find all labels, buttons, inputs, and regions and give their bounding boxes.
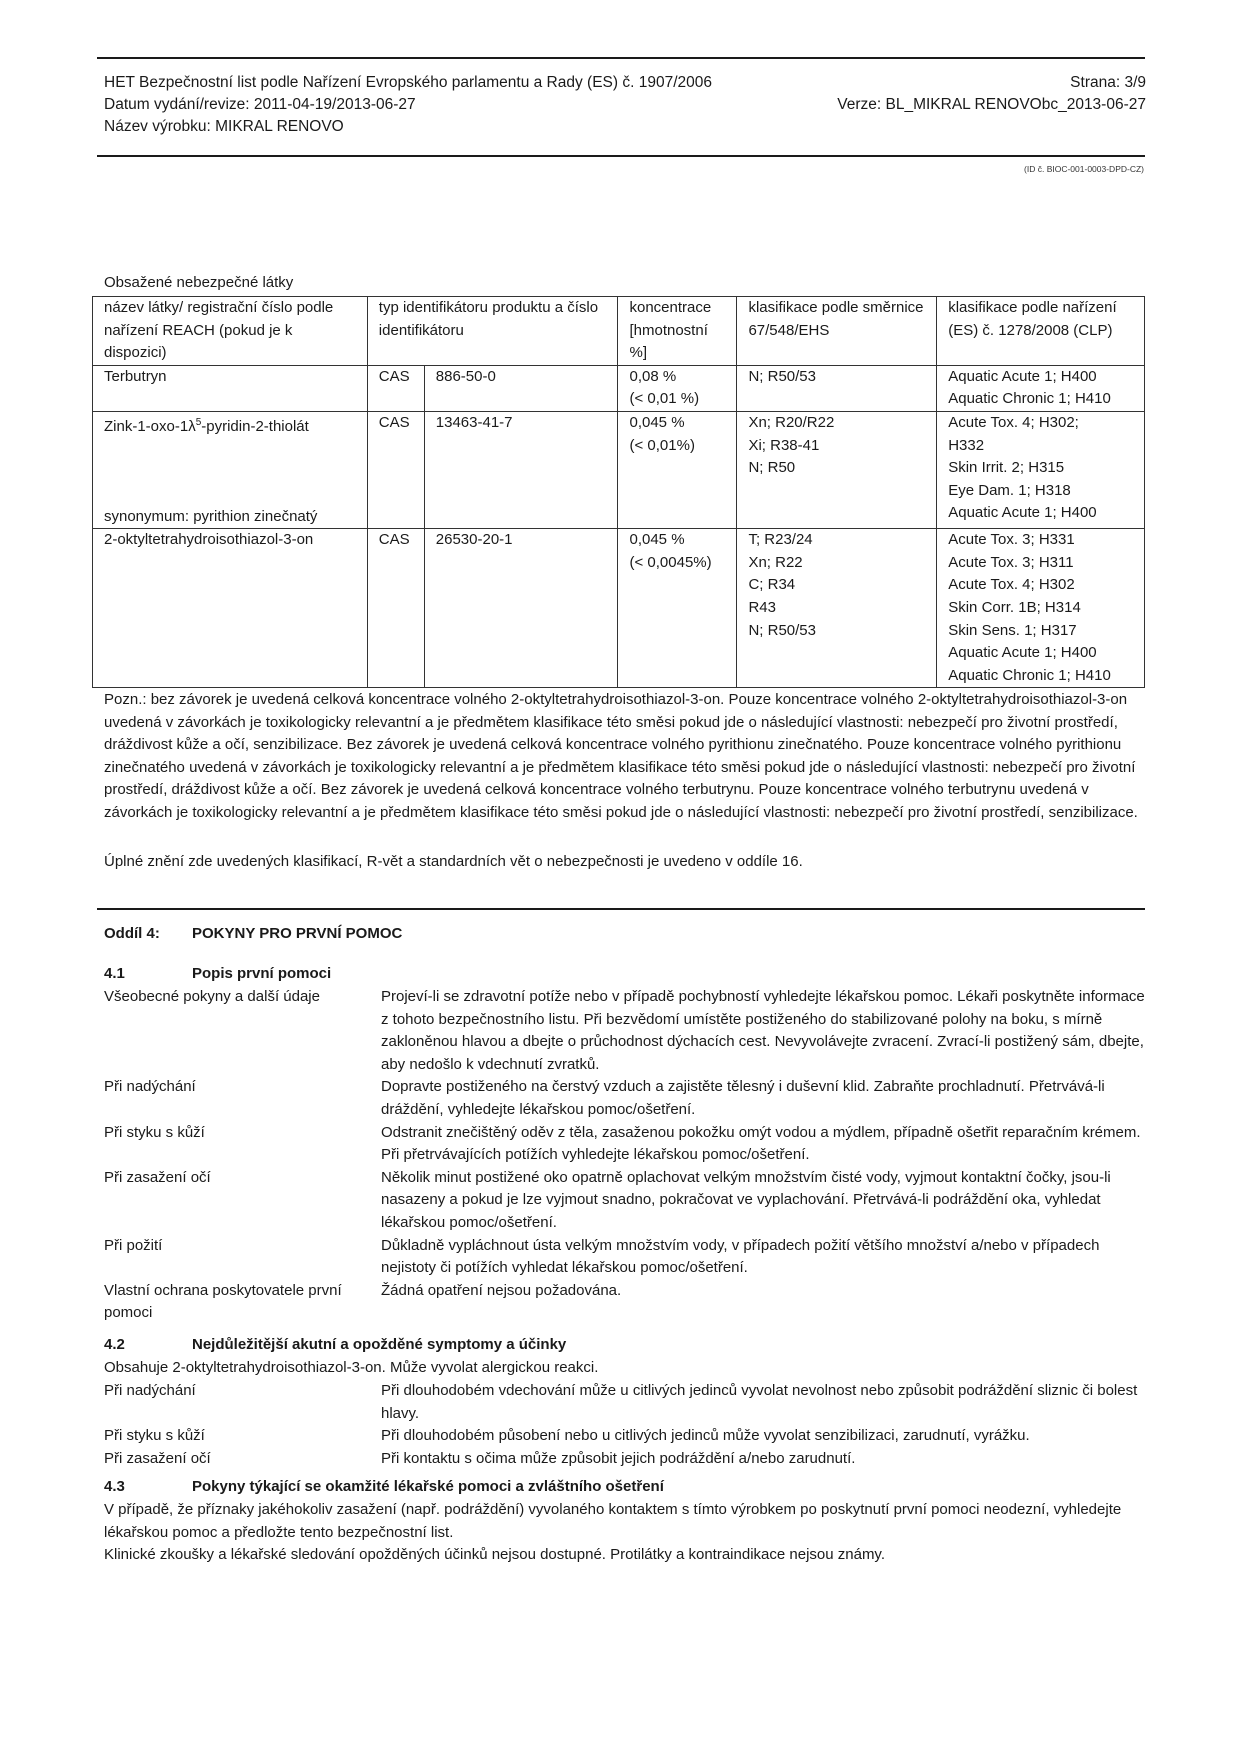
cell-line: Skin Corr. 1B; H314 [948,597,1134,620]
ehs-classification: Xn; R20/R22Xi; R38-41N; R50 [737,411,937,528]
section-rule [97,908,1145,910]
item-label: Při nadýchání [104,1076,381,1121]
section-title: POKYNY PRO PRVNÍ POMOC [192,925,402,942]
id-number: 26530-20-1 [424,529,618,688]
cell-line: R43 [748,597,926,620]
subsection-title: Pokyny týkající se okamžité lékařské pom… [192,1478,664,1495]
substance-name: 2-oktyltetrahydroisothiazol-3-on [93,529,368,688]
table-header-row: název látky/ registrační číslo podle nař… [93,297,1145,366]
cell-line: (< 0,01%) [629,435,726,458]
cell-line: 0,045 % [629,529,726,552]
version: Verze: BL_MIKRAL RENOVObc_2013-06-27 [837,94,1146,116]
concentration: 0,045 %(< 0,01%) [618,411,737,528]
substance-name: Terbutryn [93,365,368,411]
cell-line: (< 0,0045%) [629,552,726,575]
document-header: HET Bezpečnostní list podle Nařízení Evr… [104,72,1146,138]
subsection-number: 4.2 [104,1336,192,1353]
list-item: Při požitíDůkladně vypláchnout ústa velk… [104,1235,1149,1280]
subsection-heading: 4.1 Popis první pomoci [104,965,331,982]
document-title: HET Bezpečnostní list podle Nařízení Evr… [104,72,712,94]
cell-line: Aquatic Chronic 1; H410 [948,388,1134,411]
subsection-title: Nejdůležitější akutní a opožděné symptom… [192,1336,566,1353]
ehs-classification: T; R23/24Xn; R22C; R34R43N; R50/53 [737,529,937,688]
item-text: Důkladně vypláchnout ústa velkým množstv… [381,1235,1149,1280]
item-text: Při dlouhodobém působení nebo u citlivýc… [381,1425,1149,1448]
cell-line: Aquatic Acute 1; H400 [948,642,1134,665]
cell-line: 0,08 % [629,366,726,389]
cell-line: Eye Dam. 1; H318 [948,480,1134,503]
cell-line: Xn; R22 [748,552,926,575]
concentration: 0,08 %(< 0,01 %) [618,365,737,411]
cell-line: Xi; R38-41 [748,435,926,458]
medical-attention-text: V případě, že příznaky jakéhokoliv zasaž… [104,1499,1149,1567]
item-label: Při nadýchání [104,1380,381,1425]
header-name: název látky/ registrační číslo podle nař… [93,297,368,366]
item-label: Při požití [104,1235,381,1280]
hazardous-substances-table: název látky/ registrační číslo podle nař… [92,296,1145,688]
cell-line: 0,045 % [629,412,726,435]
concentration-note: Pozn.: bez závorek je uvedená celková ko… [104,689,1149,825]
cell-line: N; R50/53 [748,366,926,389]
full-text-reference: Úplné znění zde uvedených klasifikací, R… [104,853,1144,870]
cell-line: Xn; R20/R22 [748,412,926,435]
cell-line: Acute Tox. 4; H302 [948,574,1134,597]
clp-classification: Acute Tox. 4; H302;H332Skin Irrit. 2; H3… [937,411,1145,528]
document-id: (ID č. BIOC-001-0003-DPD-CZ) [1024,164,1144,174]
cell-line: N; R50/53 [748,620,926,643]
name-part: -pyridin-2-thiolát [201,418,309,435]
cell-line: Aquatic Acute 1; H400 [948,502,1134,525]
section-number: Oddíl 4: [104,925,192,942]
item-label: Při styku s kůží [104,1122,381,1167]
subsection-number: 4.3 [104,1478,192,1495]
clp-classification: Acute Tox. 3; H331Acute Tox. 3; H311Acut… [937,529,1145,688]
item-text: Několik minut postižené oko opatrně opla… [381,1167,1149,1235]
subsection-heading: 4.3 Pokyny týkající se okamžité lékařské… [104,1478,664,1495]
list-item: Při nadýcháníPři dlouhodobém vdechování … [104,1380,1149,1425]
concentration: 0,045 %(< 0,0045%) [618,529,737,688]
medical-paragraph: V případě, že příznaky jakéhokoliv zasaž… [104,1499,1149,1544]
header-top-rule [97,57,1145,59]
header-concentration: koncentrace [hmotnostní %] [618,297,737,366]
ehs-classification: N; R50/53 [737,365,937,411]
header-clp: klasifikace podle nařízení (ES) č. 1278/… [937,297,1145,366]
subsection-title: Popis první pomoci [192,965,331,982]
cell-line: N; R50 [748,457,926,480]
cell-line: (< 0,01 %) [629,388,726,411]
item-text: Při kontaktu s očima může způsobit jejic… [381,1448,1149,1471]
header-identifier: typ identifikátoru produktu a číslo iden… [367,297,618,366]
clp-classification: Aquatic Acute 1; H400Aquatic Chronic 1; … [937,365,1145,411]
list-item: Vlastní ochrana poskytovatele první pomo… [104,1280,1149,1325]
item-label: Při zasažení očí [104,1448,381,1471]
list-item: Při zasažení očíNěkolik minut postižené … [104,1167,1149,1235]
substance-synonym: synonymum: pyrithion zinečnatý [104,506,357,529]
product-name: Název výrobku: MIKRAL RENOVO [104,116,344,138]
cell-line: Skin Sens. 1; H317 [948,620,1134,643]
item-label: Při styku s kůží [104,1425,381,1448]
page-number: Strana: 3/9 [1070,72,1146,94]
id-number: 886-50-0 [424,365,618,411]
list-item: Při styku s kůžíPři dlouhodobém působení… [104,1425,1149,1448]
id-type: CAS [367,529,424,688]
table-caption: Obsažené nebezpečné látky [104,274,293,291]
item-label: Při zasažení očí [104,1167,381,1235]
cell-line: H332 [948,435,1134,458]
list-item: Při nadýcháníDopravte postiženého na čer… [104,1076,1149,1121]
subsection-heading: 4.2 Nejdůležitější akutní a opožděné sym… [104,1336,566,1353]
header-bottom-rule [97,155,1145,157]
first-aid-list: Všeobecné pokyny a další údajeProjeví-li… [104,986,1149,1325]
header-ehs: klasifikace podle směrnice 67/548/EHS [737,297,937,366]
id-type: CAS [367,411,424,528]
cell-line: Skin Irrit. 2; H315 [948,457,1134,480]
item-text: Při dlouhodobém vdechování může u citliv… [381,1380,1149,1425]
list-item: Všeobecné pokyny a další údajeProjeví-li… [104,986,1149,1076]
item-text: Projeví-li se zdravotní potíže nebo v př… [381,986,1149,1076]
cell-line: Aquatic Chronic 1; H410 [948,665,1134,688]
id-number: 13463-41-7 [424,411,618,528]
name-part: Zink-1-oxo-1λ [104,418,196,435]
item-text: Žádná opatření nejsou požadována. [381,1280,1149,1325]
medical-paragraph: Klinické zkoušky a lékařské sledování op… [104,1544,1149,1567]
item-text: Dopravte postiženého na čerstvý vzduch a… [381,1076,1149,1121]
cell-line: Acute Tox. 3; H311 [948,552,1134,575]
list-item: Při styku s kůžíOdstranit znečištěný odě… [104,1122,1149,1167]
cell-line: Aquatic Acute 1; H400 [948,366,1134,389]
cell-line: C; R34 [748,574,926,597]
item-text: Odstranit znečištěný oděv z těla, zasaže… [381,1122,1149,1167]
cell-line: Acute Tox. 3; H331 [948,529,1134,552]
list-item: Při zasažení očíPři kontaktu s očima můž… [104,1448,1149,1471]
id-type: CAS [367,365,424,411]
item-label: Všeobecné pokyny a další údaje [104,986,381,1076]
table-row: 2-oktyltetrahydroisothiazol-3-on CAS 265… [93,529,1145,688]
revision-date: Datum vydání/revize: 2011-04-19/2013-06-… [104,94,416,116]
item-label: Vlastní ochrana poskytovatele první pomo… [104,1280,381,1325]
symptoms-intro: Obsahuje 2-oktyltetrahydroisothiazol-3-o… [104,1357,1149,1380]
subsection-number: 4.1 [104,965,192,982]
symptoms-list: Při nadýcháníPři dlouhodobém vdechování … [104,1380,1149,1470]
table-row: Zink-1-oxo-1λ5-pyridin-2-thiolát synonym… [93,411,1145,528]
table-row: Terbutryn CAS 886-50-0 0,08 %(< 0,01 %) … [93,365,1145,411]
section-heading: Oddíl 4: POKYNY PRO PRVNÍ POMOC [104,925,402,942]
substance-name: Zink-1-oxo-1λ5-pyridin-2-thiolát synonym… [93,411,368,528]
cell-line: T; R23/24 [748,529,926,552]
cell-line: Acute Tox. 4; H302; [948,412,1134,435]
